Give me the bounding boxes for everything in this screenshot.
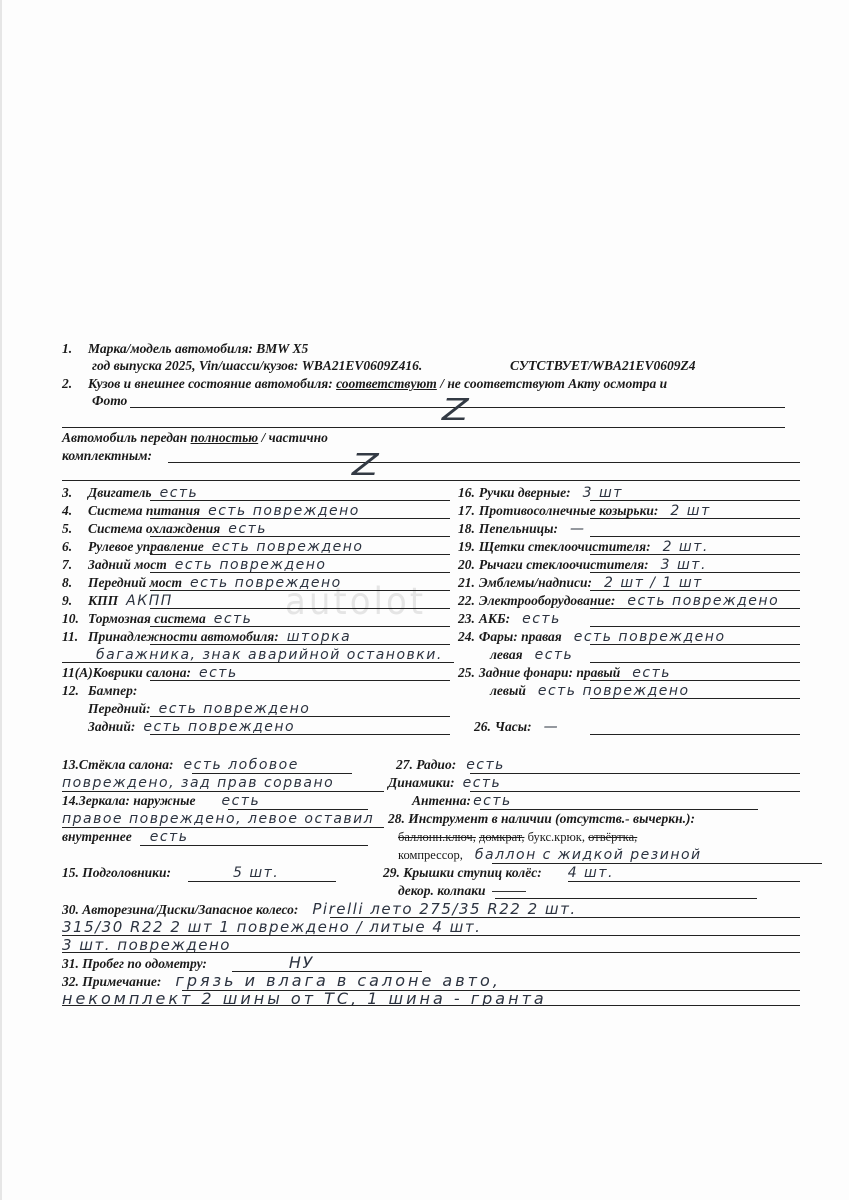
left-item-4: 7.Задний мостесть повреждено <box>62 557 326 573</box>
handwritten-value: есть повреждено <box>175 557 327 573</box>
right-item-8: 24.Фары: праваяесть повреждено <box>458 629 726 645</box>
completeness-label: Автомобиль передан полностью / частично <box>62 430 328 446</box>
left-item-3: 6.Рулевое управлениеесть повреждено <box>62 539 363 555</box>
item-13-glass: 13.Стёкла салона:есть лобовое <box>62 757 299 773</box>
item-30-tires: 30. Авторезина/Диски/Запасное колесо:Pir… <box>62 901 577 918</box>
antenna: Антенна:есть <box>412 793 512 809</box>
item-1-brand: 1.Марка/модель автомобиля: BMW X5 <box>62 341 308 357</box>
fill-line <box>590 698 800 699</box>
handwritten-value: есть повреждено <box>208 503 360 519</box>
item-29-hub-caps: 29. Крышки ступиц колёс:4 шт. <box>383 865 614 881</box>
fill-line <box>590 680 800 681</box>
left-item-13: Задний:есть повреждено <box>62 719 295 735</box>
fill-line <box>228 809 368 810</box>
item-2-body-condition: 2.Кузов и внешнее состояние автомобиля: … <box>62 376 667 392</box>
z-mark: Z <box>352 448 379 483</box>
handwritten-value: 2 шт. <box>663 539 709 555</box>
handwritten-value: — <box>570 521 586 537</box>
handwritten-value: есть <box>214 611 253 627</box>
document-page: autolot 1.Марка/модель автомобиля: BMW X… <box>0 0 849 1200</box>
fill-line <box>62 1005 800 1006</box>
left-item-2: 5.Система охлажденияесть <box>62 521 267 537</box>
fill-line <box>470 773 800 774</box>
fill-line <box>590 608 800 609</box>
handwritten-value: есть повреждено <box>143 719 295 735</box>
handwritten-value: 3 шт. <box>661 557 707 573</box>
fill-line <box>150 536 450 537</box>
right-item-7: 23.АКБ:есть <box>458 611 561 627</box>
fill-line <box>590 536 800 537</box>
handwritten-value: есть повреждено <box>538 683 690 699</box>
left-item-9: багажника, знак аварийной остановки. <box>62 647 443 663</box>
left-item-11: 12.Бампер: <box>62 683 145 699</box>
item-14-inner: внутреннееесть <box>62 829 188 845</box>
fill-line <box>590 662 800 663</box>
fill-line <box>150 518 450 519</box>
item-13-continued: повреждено, зад прав сорвано <box>62 775 334 791</box>
right-item-11: левыйесть повреждено <box>486 683 690 699</box>
speakers: Динамики:есть <box>388 775 501 791</box>
right-item-0: 16.Ручки дверные:3 шт <box>458 485 623 501</box>
fill-line <box>62 827 384 828</box>
handwritten-value: 3 шт <box>583 485 623 501</box>
left-item-6: 9.КППАКПП <box>62 593 173 609</box>
fill-line <box>62 662 454 663</box>
right-item-5: 21.Эмблемы/надписи:2 шт / 1 шт <box>458 575 703 591</box>
handwritten-value: есть <box>228 521 267 537</box>
handwritten-value: шторка <box>287 629 351 645</box>
item-1-vin-overlay: СУТСТВУЕТ/WBA21EV0609Z4 <box>510 358 696 374</box>
right-item-6: 22.Электрооборудование:есть повреждено <box>458 593 779 609</box>
handwritten-value: есть <box>522 611 561 627</box>
right-item-4: 20.Рычаги стеклоочистителя:3 шт. <box>458 557 707 573</box>
fill-line <box>150 644 450 645</box>
z-mark: Z <box>442 393 469 428</box>
handwritten-value: есть повреждено <box>212 539 364 555</box>
left-item-0: 3.Двигательесть <box>62 485 198 501</box>
item-31-odometer: 31. Пробег по одометру:НУ <box>62 955 314 972</box>
left-item-7: 10.Тормозная системаесть <box>62 611 252 627</box>
notes-line2: некомплект 2 шины от ТС, 1 шина - гранта <box>62 991 547 1005</box>
handwritten-value: есть <box>160 485 199 501</box>
scan-edge <box>0 0 2 1200</box>
fill-line <box>150 716 450 717</box>
fill-line <box>492 863 822 864</box>
fill-line <box>568 881 800 882</box>
item-14-continued: правое повреждено, левое оставил <box>62 811 374 827</box>
fill-line <box>150 734 450 735</box>
left-item-5: 8.Передний мостесть повреждено <box>62 575 342 591</box>
fill-line <box>150 680 450 681</box>
item-28-tools: 28. Инструмент в наличии (отсутств.- выч… <box>388 811 695 827</box>
fill-line <box>150 590 450 591</box>
item-2-photo-label: Фото <box>92 393 127 409</box>
handwritten-value: — <box>544 719 560 735</box>
dash-mark <box>492 891 526 892</box>
fill-line <box>480 809 758 810</box>
item-1-vin: год выпуска 2025, Vin/шасси/кузов: WBA21… <box>92 358 422 374</box>
fill-line <box>62 480 800 481</box>
fill-line <box>590 644 800 645</box>
fill-line <box>62 952 800 953</box>
fill-line <box>150 608 450 609</box>
fill-line <box>62 427 785 428</box>
completeness-line2: комплектным: <box>62 448 152 464</box>
fill-line <box>590 554 800 555</box>
left-item-1: 4.Система питанияесть повреждено <box>62 503 360 519</box>
tools-line2: компрессор,баллон с жидкой резиной <box>398 847 702 863</box>
fill-line <box>590 572 800 573</box>
fill-line <box>150 500 450 501</box>
item-27-radio: 27. Радио:есть <box>396 757 505 773</box>
fill-line <box>150 572 450 573</box>
item-15-headrests: 15. Подголовники:5 шт. <box>62 865 279 881</box>
fill-line <box>470 791 800 792</box>
left-item-8: 11.Принадлежности автомобиля:шторка <box>62 629 351 645</box>
handwritten-value: есть повреждено <box>574 629 726 645</box>
handwritten-value: 2 шт <box>670 503 710 519</box>
fill-line <box>150 554 450 555</box>
fill-line <box>590 518 800 519</box>
selected-option: соответствуют <box>336 376 437 391</box>
item-14-mirrors: 14.Зеркала: наружныеесть <box>62 793 260 809</box>
handwritten-value: есть повреждено <box>159 701 311 717</box>
left-item-12: Передний:есть повреждено <box>62 701 310 717</box>
right-item-2: 18.Пепельницы:— <box>458 521 586 537</box>
handwritten-value: есть <box>535 647 574 663</box>
fill-line <box>590 626 800 627</box>
handwritten-value: есть повреждено <box>627 593 779 609</box>
handwritten-value: есть <box>632 665 671 681</box>
handwritten-value: есть повреждено <box>190 575 342 591</box>
decor-caps: декор. колпаки <box>398 883 526 899</box>
right-item-3: 19.Щетки стеклоочистителя:2 шт. <box>458 539 709 555</box>
fill-line <box>495 898 757 899</box>
item-32-notes: 32. Примечание:грязь и влага в салоне ав… <box>62 973 501 990</box>
right-item-9: леваяесть <box>486 647 573 663</box>
handwritten-value: багажника, знак аварийной остановки. <box>96 647 443 663</box>
fill-line <box>150 626 450 627</box>
tools-list: баллонн.ключ, домкрат, букс.крюк, отвёрт… <box>398 829 637 845</box>
right-item-10: 25.Задние фонари: правыйесть <box>458 665 671 681</box>
fill-line <box>590 734 800 735</box>
fill-line <box>590 590 800 591</box>
fill-line <box>590 500 800 501</box>
fill-line <box>192 773 352 774</box>
right-item-1: 17.Противосолнечные козырьки:2 шт <box>458 503 711 519</box>
fill-line <box>140 845 368 846</box>
fill-line <box>168 462 800 463</box>
fill-line <box>188 881 336 882</box>
fill-line <box>62 791 384 792</box>
handwritten-value: 2 шт / 1 шт <box>604 575 703 591</box>
handwritten-value: есть <box>199 665 238 681</box>
left-item-10: 11(А)Коврики салона:есть <box>62 665 238 681</box>
right-item-12: 26.Часы:— <box>474 719 559 735</box>
tires-line2: 315/30 R22 2 шт 1 повреждено / литые 4 ш… <box>62 919 481 936</box>
handwritten-value: АКПП <box>126 593 173 609</box>
